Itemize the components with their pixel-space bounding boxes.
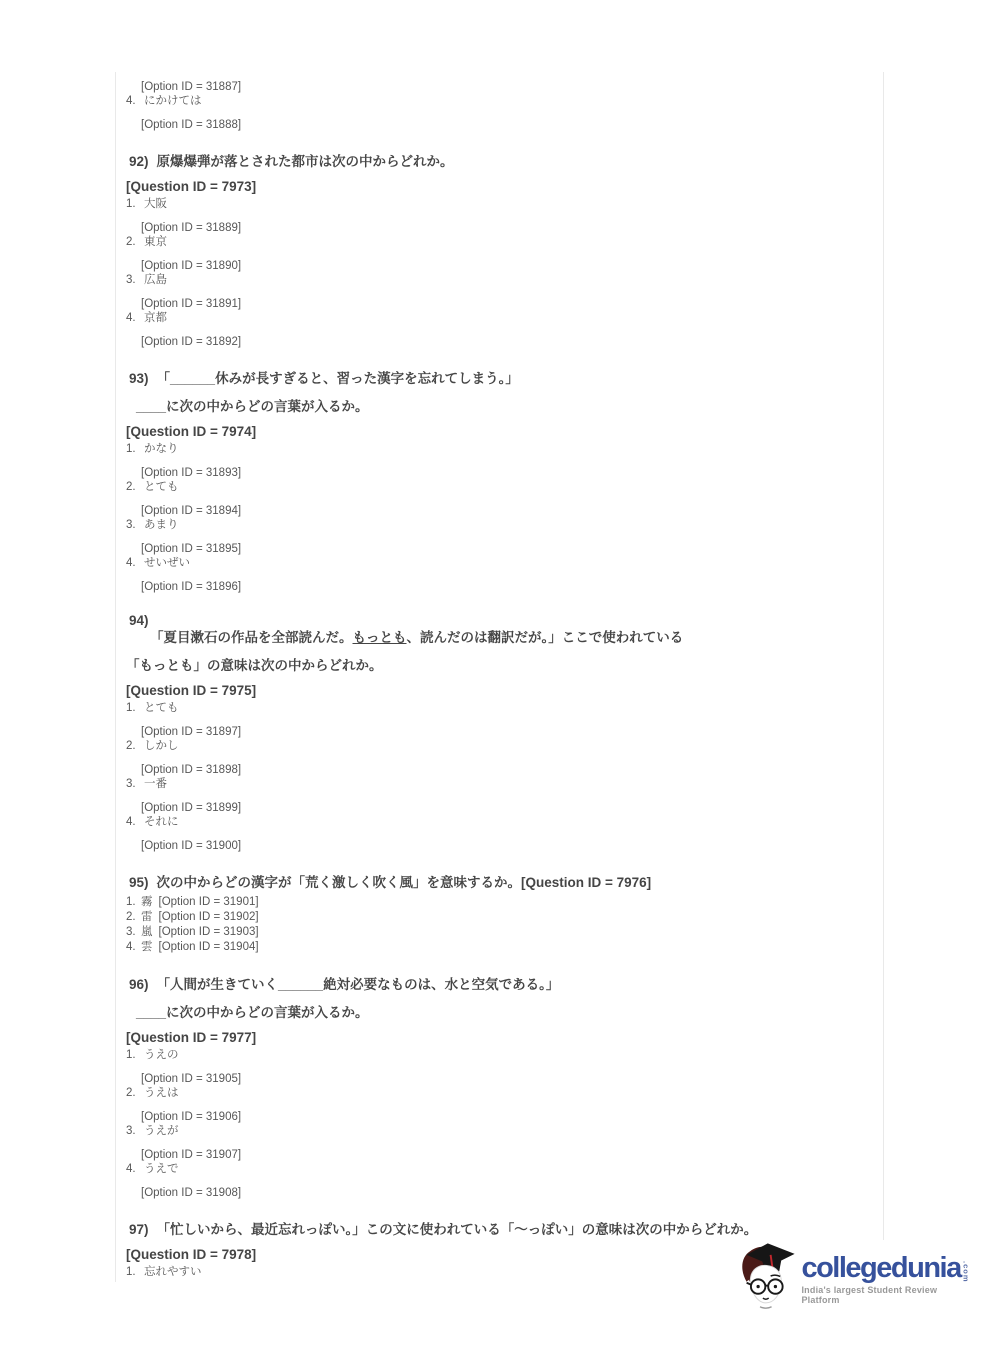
option-number: 4. xyxy=(126,1162,144,1176)
option-number: 2. xyxy=(126,235,144,249)
option-id: [Option ID = 31891] xyxy=(141,297,863,311)
option-text: うえが xyxy=(144,1124,179,1138)
option-text: 大阪 xyxy=(144,197,167,211)
question-id: [Question ID = 7974] xyxy=(126,423,863,441)
quote-post: 、読んだのは翻訳だが。」ここで使われている xyxy=(407,630,684,645)
option-number: 2. xyxy=(126,1086,144,1100)
question-number: 94) xyxy=(129,614,863,628)
option-id: [Option ID = 31901] xyxy=(159,895,259,910)
option-row: 3. あまり xyxy=(126,518,863,532)
question-id: [Question ID = 7976] xyxy=(521,875,651,890)
option-text: しかし xyxy=(144,739,179,753)
option-text: うえの xyxy=(144,1048,179,1062)
option-number: 3. xyxy=(126,777,144,791)
option-number: 3. xyxy=(126,925,141,940)
question-id: [Question ID = 7977] xyxy=(126,1029,863,1047)
option-id: [Option ID = 31900] xyxy=(141,839,863,853)
option-id: [Option ID = 31895] xyxy=(141,542,863,556)
option-number: 1. xyxy=(126,197,144,211)
option-row: 2. しかし xyxy=(126,739,863,753)
logo-tagline: India's largest Student Review Platform xyxy=(801,1285,971,1305)
option-number: 2. xyxy=(126,739,144,753)
option-id: [Option ID = 31904] xyxy=(159,940,259,955)
option-row: 1. 霧 [Option ID = 31901] xyxy=(126,895,863,910)
option-row: 2. とても xyxy=(126,480,863,494)
option-row: 1. かなり xyxy=(126,442,863,456)
option-text: うえで xyxy=(144,1162,179,1176)
option-id: [Option ID = 31898] xyxy=(141,763,863,777)
option-number: 3. xyxy=(126,273,144,287)
question-paper-content: [Option ID = 31887] 4. にかけては [Option ID … xyxy=(115,72,884,1282)
question-text-body: 次の中からどの漢字が「荒く激しく吹く風」を意味するか。 xyxy=(157,875,522,890)
option-row: 3. 一番 xyxy=(126,777,863,791)
question-id: [Question ID = 7973] xyxy=(126,178,863,196)
quote-pre: 「夏目漱石の作品を全部読んだ。 xyxy=(150,630,353,645)
option-id: [Option ID = 31888] xyxy=(141,118,863,132)
option-id: [Option ID = 31896] xyxy=(141,580,863,594)
option-id: [Option ID = 31897] xyxy=(141,725,863,739)
collegedunia-logo: collegedunia .com India's largest Studen… xyxy=(737,1240,971,1320)
question-number: 93) xyxy=(129,371,149,386)
option-id: [Option ID = 31906] xyxy=(141,1110,863,1124)
option-text: とても xyxy=(144,701,179,715)
option-text: 忘れやすい xyxy=(144,1265,202,1279)
brand-text: collegedunia xyxy=(801,1253,960,1283)
option-row: 3. 広島 xyxy=(126,273,863,287)
option-row: 3. 嵐 [Option ID = 31903] xyxy=(126,925,863,940)
question-block-94: 94) 「夏目漱石の作品を全部読んだ。もっとも、読んだのは翻訳だが。」ここで使わ… xyxy=(126,614,863,853)
quote-underlined: もっとも xyxy=(353,630,407,645)
option-text: とても xyxy=(144,480,179,494)
option-text: 雲 xyxy=(141,940,153,955)
option-row: 3. うえが xyxy=(126,1124,863,1138)
option-text: かなり xyxy=(144,442,179,456)
option-number: 3. xyxy=(126,518,144,532)
question-text-body: 「人間が生きていく______絶対必要なものは、水と空気である。」 xyxy=(157,977,560,992)
option-row: 2. 東京 xyxy=(126,235,863,249)
question-id: [Question ID = 7975] xyxy=(126,682,863,700)
question-text: 96)「人間が生きていく______絶対必要なものは、水と空気である。」 xyxy=(129,975,863,995)
question-number: 97) xyxy=(129,1222,149,1237)
graduate-mascot-icon xyxy=(737,1240,798,1312)
question-text: 92)原爆爆弾が落とされた都市は次の中からどれか。 xyxy=(129,152,863,172)
option-row: 2. 雷 [Option ID = 31902] xyxy=(126,910,863,925)
option-text: 東京 xyxy=(144,235,167,249)
option-number: 3. xyxy=(126,1124,144,1138)
option-number: 1. xyxy=(126,442,144,456)
brand-suffix: .com xyxy=(962,1261,971,1283)
option-id: [Option ID = 31894] xyxy=(141,504,863,518)
question-text-body: 原爆爆弾が落とされた都市は次の中からどれか。 xyxy=(157,154,454,169)
option-id: [Option ID = 31908] xyxy=(141,1186,863,1200)
question-text-body: 「______休みが長すぎると、習った漢字を忘れてしまう。」 xyxy=(157,371,519,386)
option-number: 1. xyxy=(126,1265,144,1279)
option-number: 2. xyxy=(126,480,144,494)
option-number: 4. xyxy=(126,940,141,955)
option-number: 1. xyxy=(126,1048,144,1062)
option-row: 1. 大阪 xyxy=(126,197,863,211)
question-text-line2: 「もっとも」の意味は次の中からどれか。 xyxy=(126,656,863,676)
option-row: 1. うえの xyxy=(126,1048,863,1062)
option-row: 1. とても xyxy=(126,701,863,715)
question-text-line2: ____に次の中からどの言葉が入るか。 xyxy=(136,397,863,417)
option-row: 4. にかけては xyxy=(126,94,863,108)
question-text: 93)「______休みが長すぎると、習った漢字を忘れてしまう。」 xyxy=(129,369,863,389)
option-text: 一番 xyxy=(144,777,167,791)
question-text-line2: ____に次の中からどの言葉が入るか。 xyxy=(136,1003,863,1023)
question-block-96: 96)「人間が生きていく______絶対必要なものは、水と空気である。」 ___… xyxy=(126,975,863,1200)
question-text: 95)次の中からどの漢字が「荒く激しく吹く風」を意味するか。[Question … xyxy=(129,873,863,893)
option-text: せいぜい xyxy=(144,556,190,570)
option-text: にかけては xyxy=(144,94,202,108)
option-number: 1. xyxy=(126,701,144,715)
option-id: [Option ID = 31893] xyxy=(141,466,863,480)
option-id: [Option ID = 31902] xyxy=(159,910,259,925)
option-row: 2. うえは xyxy=(126,1086,863,1100)
question-block-92: 92)原爆爆弾が落とされた都市は次の中からどれか。 [Question ID =… xyxy=(126,152,863,349)
question-block-95: 95)次の中からどの漢字が「荒く激しく吹く風」を意味するか。[Question … xyxy=(126,873,863,955)
option-id: [Option ID = 31903] xyxy=(159,925,259,940)
option-text: 京都 xyxy=(144,311,167,325)
option-number: 1. xyxy=(126,895,141,910)
logo-text: collegedunia .com India's largest Studen… xyxy=(801,1253,971,1305)
option-text: あまり xyxy=(144,518,179,532)
option-number: 4. xyxy=(126,311,144,325)
option-row: 4. それに xyxy=(126,815,863,829)
question-block-93: 93)「______休みが長すぎると、習った漢字を忘れてしまう。」 ____に次… xyxy=(126,369,863,594)
option-id: [Option ID = 31889] xyxy=(141,221,863,235)
option-row: 4. 雲 [Option ID = 31904] xyxy=(126,940,863,955)
option-id: [Option ID = 31887] xyxy=(141,80,863,94)
option-id: [Option ID = 31905] xyxy=(141,1072,863,1086)
question-number: 92) xyxy=(129,154,149,169)
question-text-body: 「忙しいから、最近忘れっぽい。」この文に使われている「～っぽい」の意味は次の中か… xyxy=(157,1222,758,1237)
option-row: 4. 京都 xyxy=(126,311,863,325)
option-id: [Option ID = 31899] xyxy=(141,801,863,815)
option-text: 雷 xyxy=(141,910,153,925)
option-text: 広島 xyxy=(144,273,167,287)
option-id: [Option ID = 31907] xyxy=(141,1148,863,1162)
question-number: 96) xyxy=(129,977,149,992)
option-text: それに xyxy=(144,815,179,829)
option-number: 4. xyxy=(126,815,144,829)
option-id: [Option ID = 31890] xyxy=(141,259,863,273)
option-row: 4. せいぜい xyxy=(126,556,863,570)
question-text: 97)「忙しいから、最近忘れっぽい。」この文に使われている「～っぽい」の意味は次… xyxy=(129,1220,863,1240)
option-id: [Option ID = 31892] xyxy=(141,335,863,349)
option-text: うえは xyxy=(144,1086,179,1100)
option-number: 2. xyxy=(126,910,141,925)
option-number: 4. xyxy=(126,556,144,570)
question-number: 95) xyxy=(129,875,149,890)
question-quote: 「夏目漱石の作品を全部読んだ。もっとも、読んだのは翻訳だが。」ここで使われている xyxy=(150,628,863,648)
option-text: 霧 xyxy=(141,895,153,910)
option-text: 嵐 xyxy=(141,925,153,940)
document-page: [Option ID = 31887] 4. にかけては [Option ID … xyxy=(0,0,1001,1356)
option-number: 4. xyxy=(126,94,144,108)
option-row: 4. うえで xyxy=(126,1162,863,1176)
